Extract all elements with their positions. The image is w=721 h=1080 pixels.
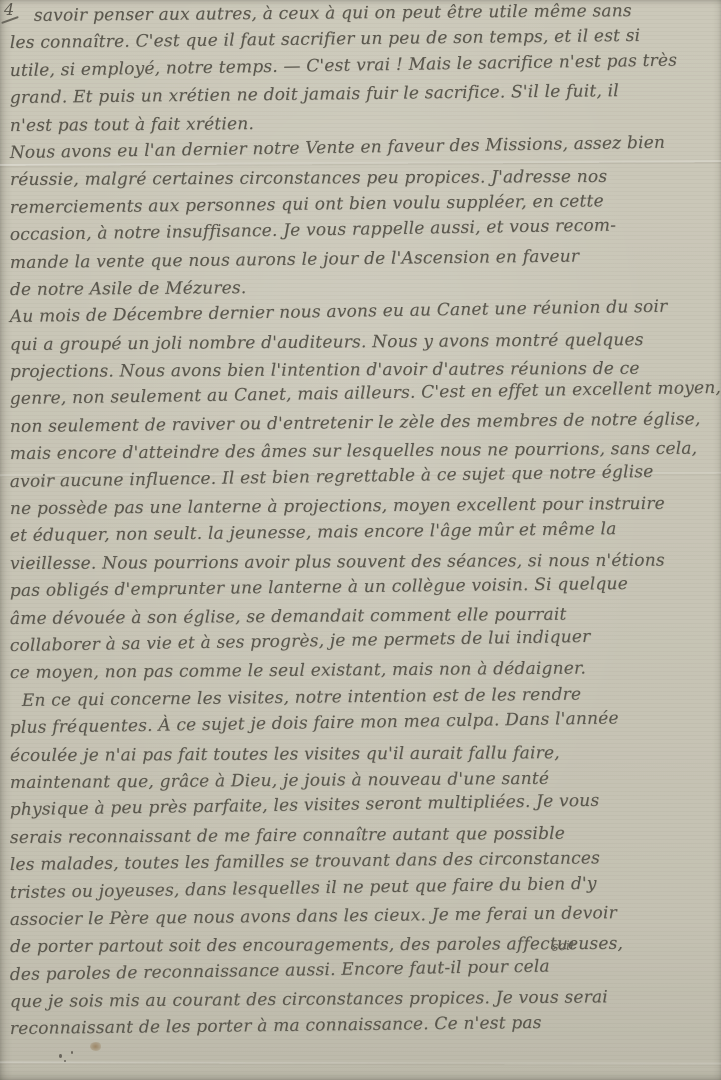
handwritten-text-block: savoir penser aux autres, à ceux à qui o… [10, 3, 719, 1044]
ink-speck [71, 1051, 73, 1054]
ink-speck [59, 1054, 62, 1058]
ink-speck [64, 1060, 66, 1062]
ink-stain [90, 1042, 101, 1051]
text-line: qui a groupé un joli nombre d'auditeurs.… [10, 326, 719, 359]
inserted-word: soit [552, 939, 576, 953]
paper-crease [0, 1061, 721, 1064]
manuscript-page-scan: 4 savoir penser aux autres, à ceux à qui… [0, 0, 721, 1080]
